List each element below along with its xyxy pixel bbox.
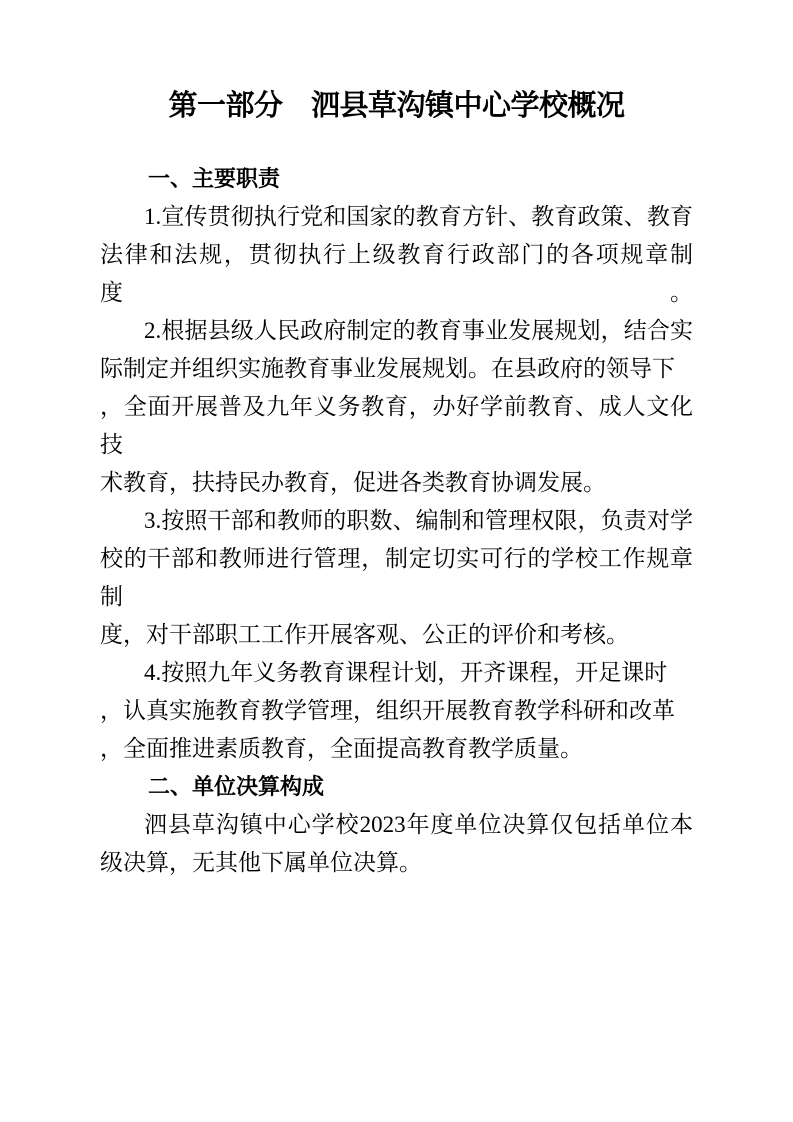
paragraph-2: 2.根据县级人民政府制定的教育事业发展规划，结合实 际制定并组织实施教育事业发展… (100, 312, 693, 502)
paragraph-line: ，认真实施教育教学管理，组织开展教育教学科研和改革 (100, 692, 693, 730)
paragraph-line: 术教育，扶持民办教育，促进各类教育协调发展。 (100, 464, 693, 502)
paragraph-1: 1.宣传贯彻执行党和国家的教育方针、教育政策、教育 法律和法规，贯彻执行上级教育… (100, 198, 693, 312)
document-content: 第一部分 泗县草沟镇中心学校概况 一、主要职责 1.宣传贯彻执行党和国家的教育方… (0, 86, 793, 882)
paragraph-line: 1.宣传贯彻执行党和国家的教育方针、教育政策、教育 (100, 198, 693, 236)
document-title: 第一部分 泗县草沟镇中心学校概况 (100, 86, 693, 126)
paragraph-line: 泗县草沟镇中心学校2023年度单位决算仅包括单位本 (100, 806, 693, 844)
section-heading-budget-composition: 二、单位决算构成 (100, 768, 693, 806)
paragraph-line: 度，对干部职工工作开展客观、公正的评价和考核。 (100, 616, 693, 654)
document-page: 第一部分 泗县草沟镇中心学校概况 一、主要职责 1.宣传贯彻执行党和国家的教育方… (0, 0, 793, 1122)
paragraph-line: 级决算，无其他下属单位决算。 (100, 844, 693, 882)
paragraph-4: 4.按照九年义务教育课程计划，开齐课程，开足课时 ，认真实施教育教学管理，组织开… (100, 654, 693, 768)
paragraph-3: 3.按照干部和教师的职数、编制和管理权限，负责对学 校的干部和教师进行管理，制定… (100, 502, 693, 654)
paragraph-line: 际制定并组织实施教育事业发展规划。在县政府的领导下 (100, 350, 693, 388)
paragraph-line: 2.根据县级人民政府制定的教育事业发展规划，结合实 (100, 312, 693, 350)
paragraph-line: 法律和法规，贯彻执行上级教育行政部门的各项规章制度。 (100, 236, 693, 312)
paragraph-line: ，全面推进素质教育，全面提高教育教学质量。 (100, 730, 693, 768)
paragraph-line: 校的干部和教师进行管理，制定切实可行的学校工作规章制 (100, 540, 693, 616)
paragraph-line: ，全面开展普及九年义务教育，办好学前教育、成人文化技 (100, 388, 693, 464)
paragraph-line: 4.按照九年义务教育课程计划，开齐课程，开足课时 (100, 654, 693, 692)
section-heading-main-duties: 一、主要职责 (100, 160, 693, 198)
paragraph-5: 泗县草沟镇中心学校2023年度单位决算仅包括单位本 级决算，无其他下属单位决算。 (100, 806, 693, 882)
paragraph-line: 3.按照干部和教师的职数、编制和管理权限，负责对学 (100, 502, 693, 540)
